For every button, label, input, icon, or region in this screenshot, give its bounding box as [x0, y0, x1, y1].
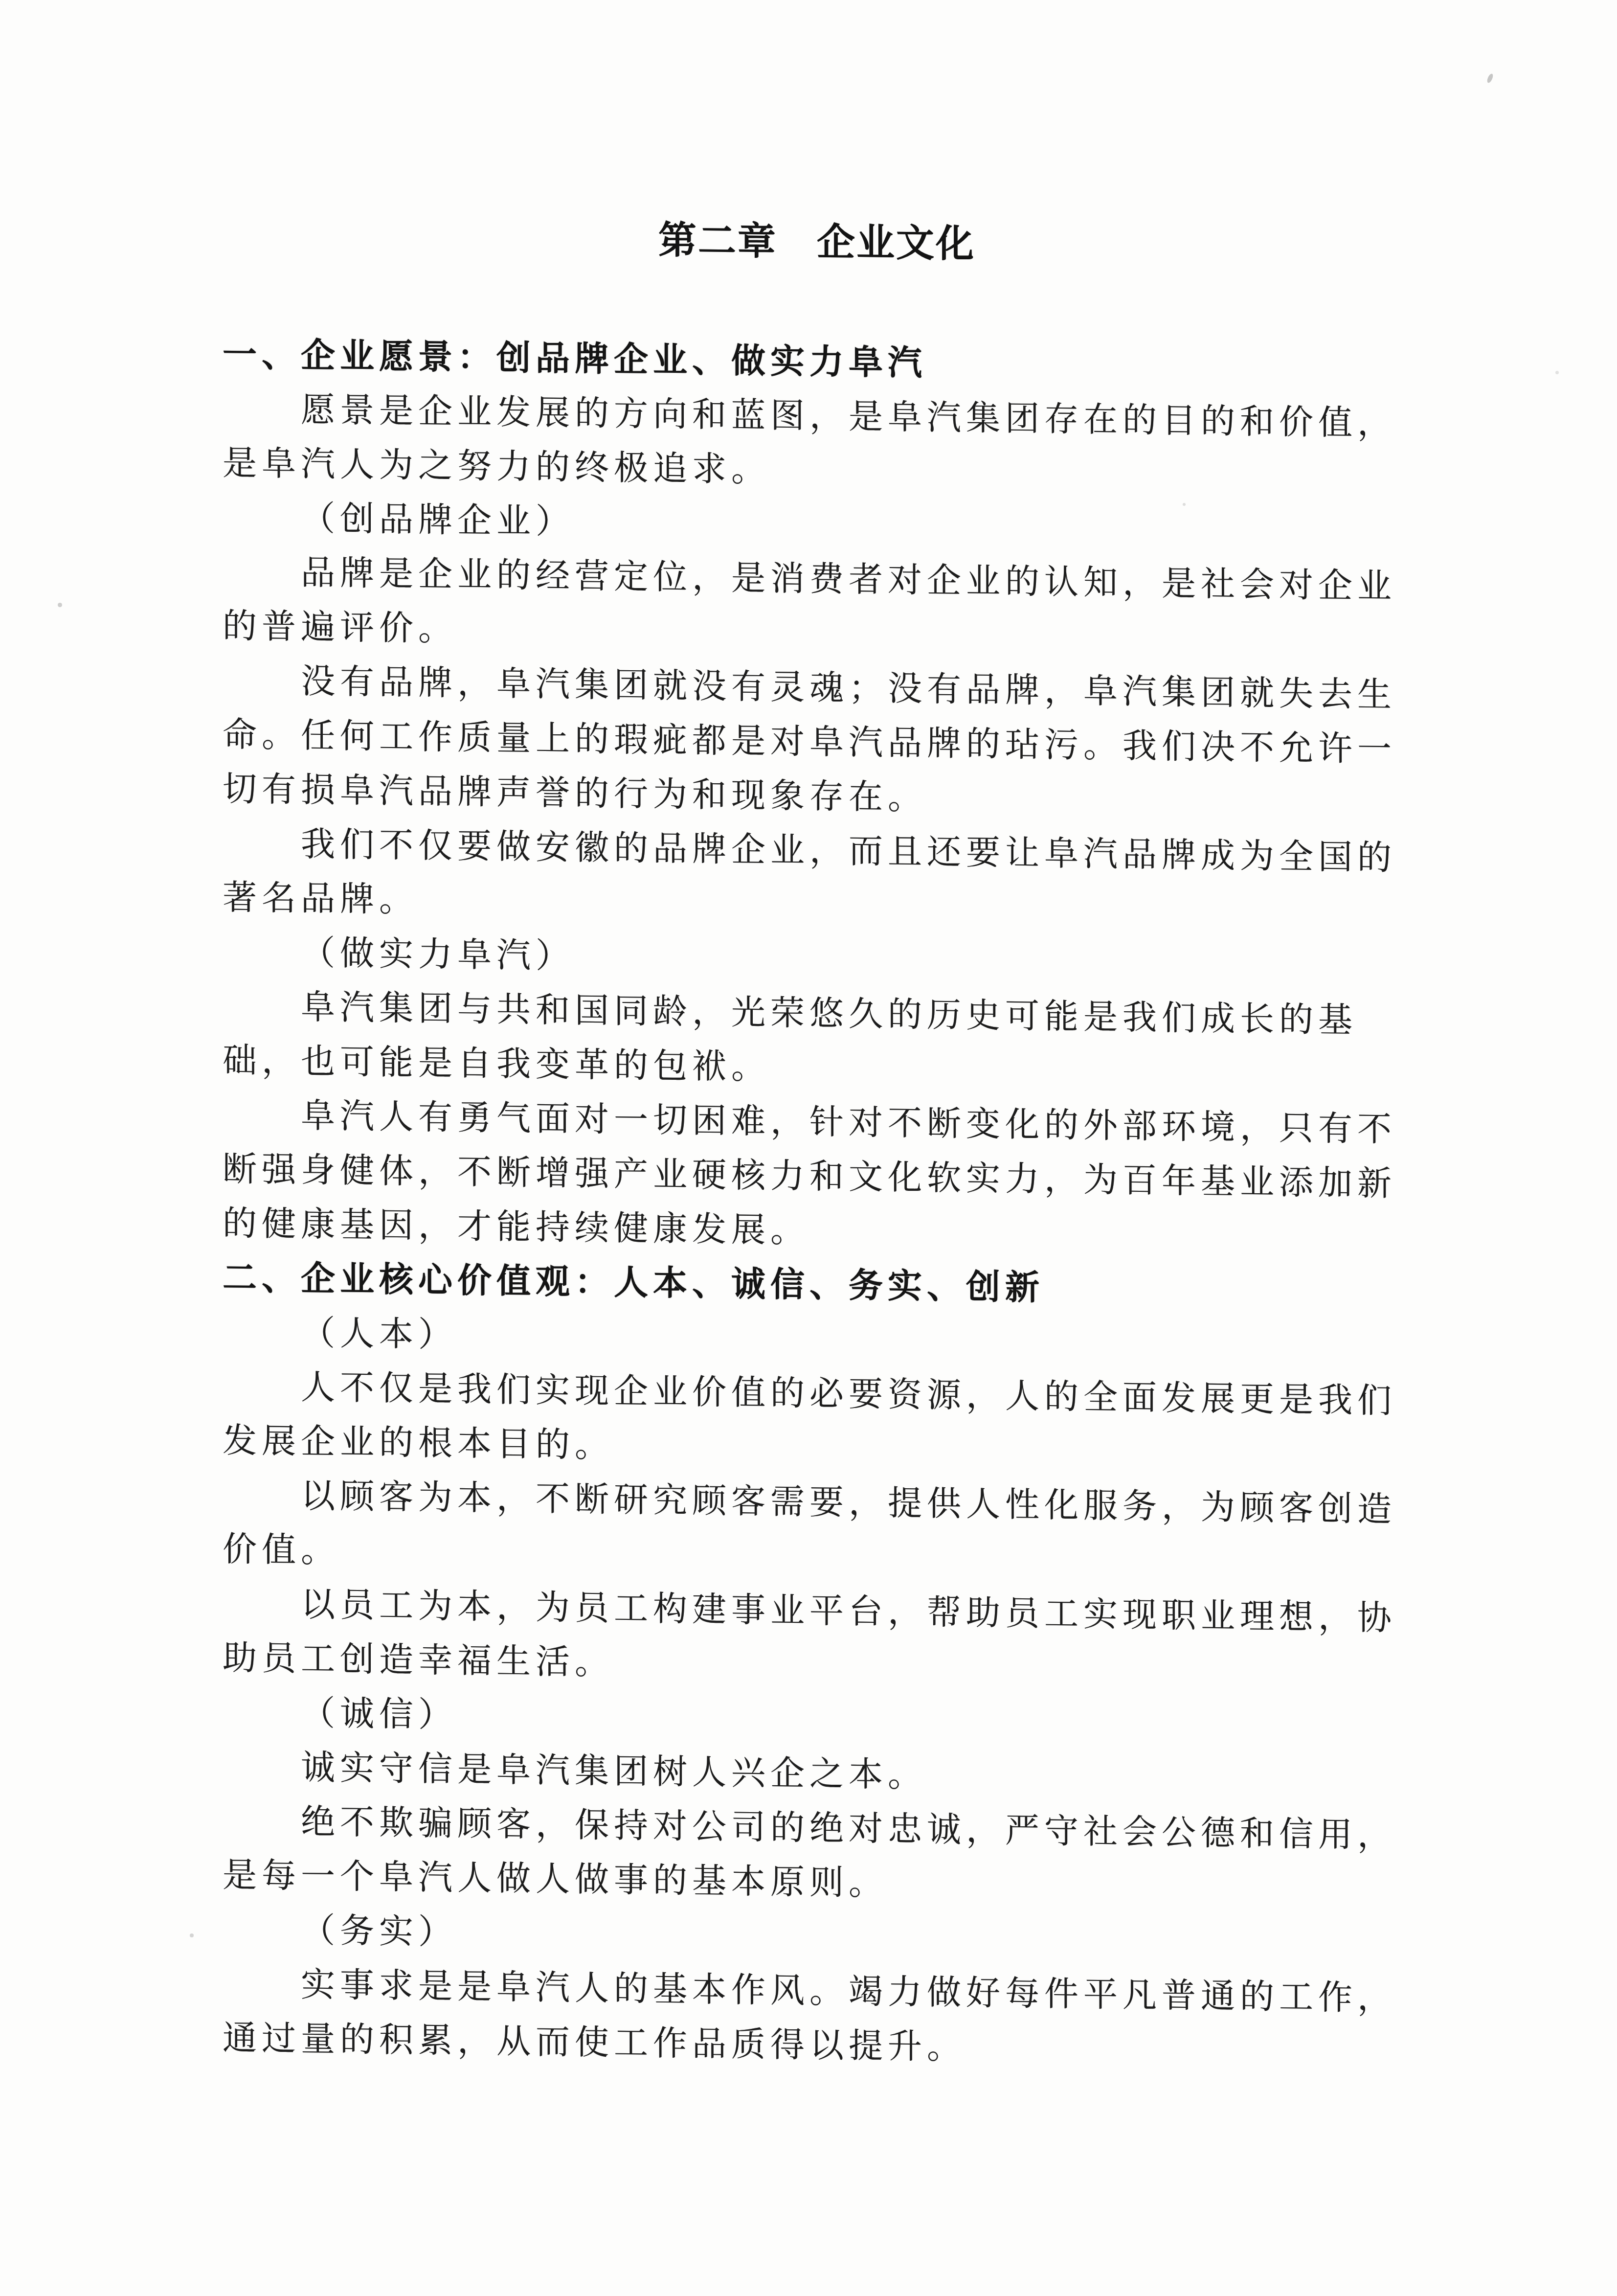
document-page: 第二章 企业文化 一、企业愿景：创品牌企业、做实力阜汽愿景是企业发展的方向和蓝图…: [0, 0, 1617, 2296]
body-lines: 一、企业愿景：创品牌企业、做实力阜汽愿景是企业发展的方向和蓝图，是阜汽集团存在的…: [223, 328, 1411, 2081]
scan-speck: [1555, 371, 1559, 374]
chapter-title: 第二章 企业文化: [223, 210, 1411, 274]
scan-speck: [1486, 73, 1494, 84]
scan-speck: [190, 1933, 194, 1937]
text-block: 第二章 企业文化 一、企业愿景：创品牌企业、做实力阜汽愿景是企业发展的方向和蓝图…: [223, 210, 1411, 2081]
scan-speck: [58, 603, 62, 607]
